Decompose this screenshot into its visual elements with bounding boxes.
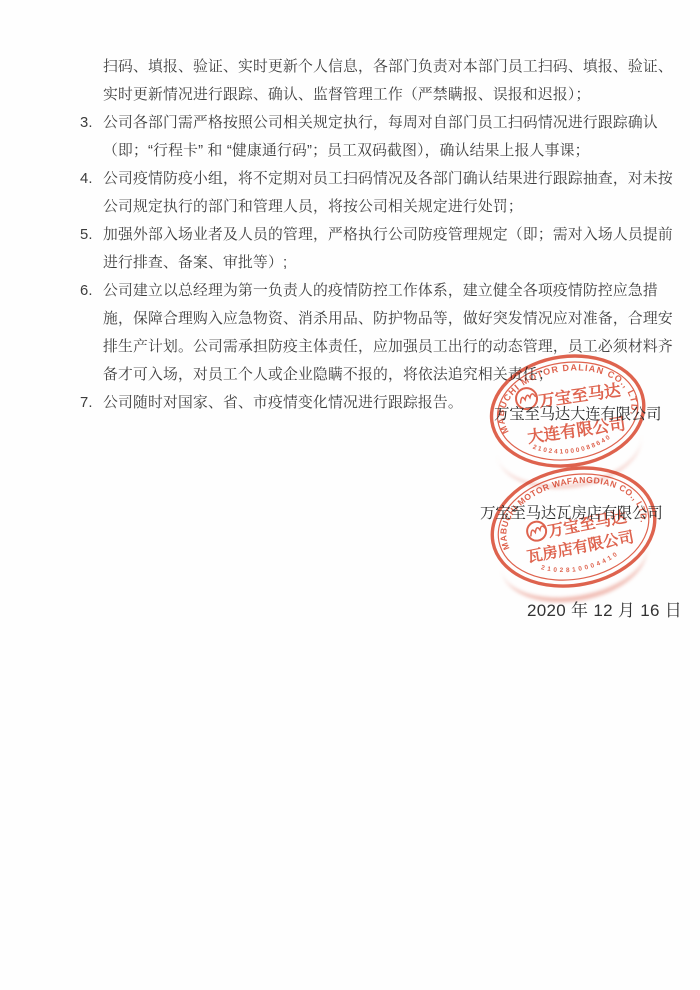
- item-number: 4.: [80, 165, 93, 193]
- item-number: 5.: [80, 221, 93, 249]
- company-name-dalian: 万宝至马达大连有限公司: [494, 402, 661, 424]
- document-date: 2020 年 12 月 16 日: [527, 596, 682, 621]
- item-number: 6.: [80, 277, 93, 305]
- item-number: 3.: [80, 109, 93, 137]
- text-line: 公司规定执行的部门和管理人员，将按公司相关规定进行处罚；: [80, 193, 680, 221]
- document-page: 扫码、填报、验证、实时更新个人信息，各部门负责对本部门员工扫码、填报、验证、实时…: [0, 0, 700, 990]
- continuation-paragraph: 扫码、填报、验证、实时更新个人信息，各部门负责对本部门员工扫码、填报、验证、实时…: [80, 53, 680, 109]
- company-name-wafangdian: 万宝至马达瓦房店有限公司: [480, 501, 662, 523]
- text-line: 公司建立以总经理为第一负责人的疫情防控工作体系，建立健全各项疫情防控应急措: [80, 277, 680, 305]
- text-line: （即；“行程卡” 和 “健康通行码”；员工双码截图），确认结果上报人事课；: [80, 137, 680, 165]
- text-line: 公司各部门需严格按照公司相关规定执行，每周对自部门员工扫码情况进行跟踪确认: [80, 109, 680, 137]
- mabuchi-logo-icon: [525, 520, 547, 542]
- item-number: 7.: [80, 389, 93, 417]
- list-item: 5.加强外部入场业者及人员的管理，严格执行公司防疫管理规定（即；需对入场人员提前…: [80, 221, 680, 277]
- text-line: 进行排查、备案、审批等）;: [80, 249, 680, 277]
- text-line: 扫码、填报、验证、实时更新个人信息，各部门负责对本部门员工扫码、填报、验证、: [80, 53, 680, 81]
- text-line: 实时更新情况进行跟踪、确认、监督管理工作（严禁瞒报、误报和迟报）；: [80, 81, 680, 109]
- list-item: 4.公司疫情防疫小组，将不定期对员工扫码情况及各部门确认结果进行跟踪抽查，对未按…: [80, 165, 680, 221]
- text-line: 施，保障合理购入应急物资、消杀用品、防护物品等，做好突发情况应对准备，合理安: [80, 305, 680, 333]
- text-line: 公司疫情防疫小组，将不定期对员工扫码情况及各部门确认结果进行跟踪抽查，对未按: [80, 165, 680, 193]
- text-line: 加强外部入场业者及人员的管理，严格执行公司防疫管理规定（即；需对入场人员提前: [80, 221, 680, 249]
- list-item: 3.公司各部门需严格按照公司相关规定执行，每周对自部门员工扫码情况进行跟踪确认（…: [80, 109, 680, 165]
